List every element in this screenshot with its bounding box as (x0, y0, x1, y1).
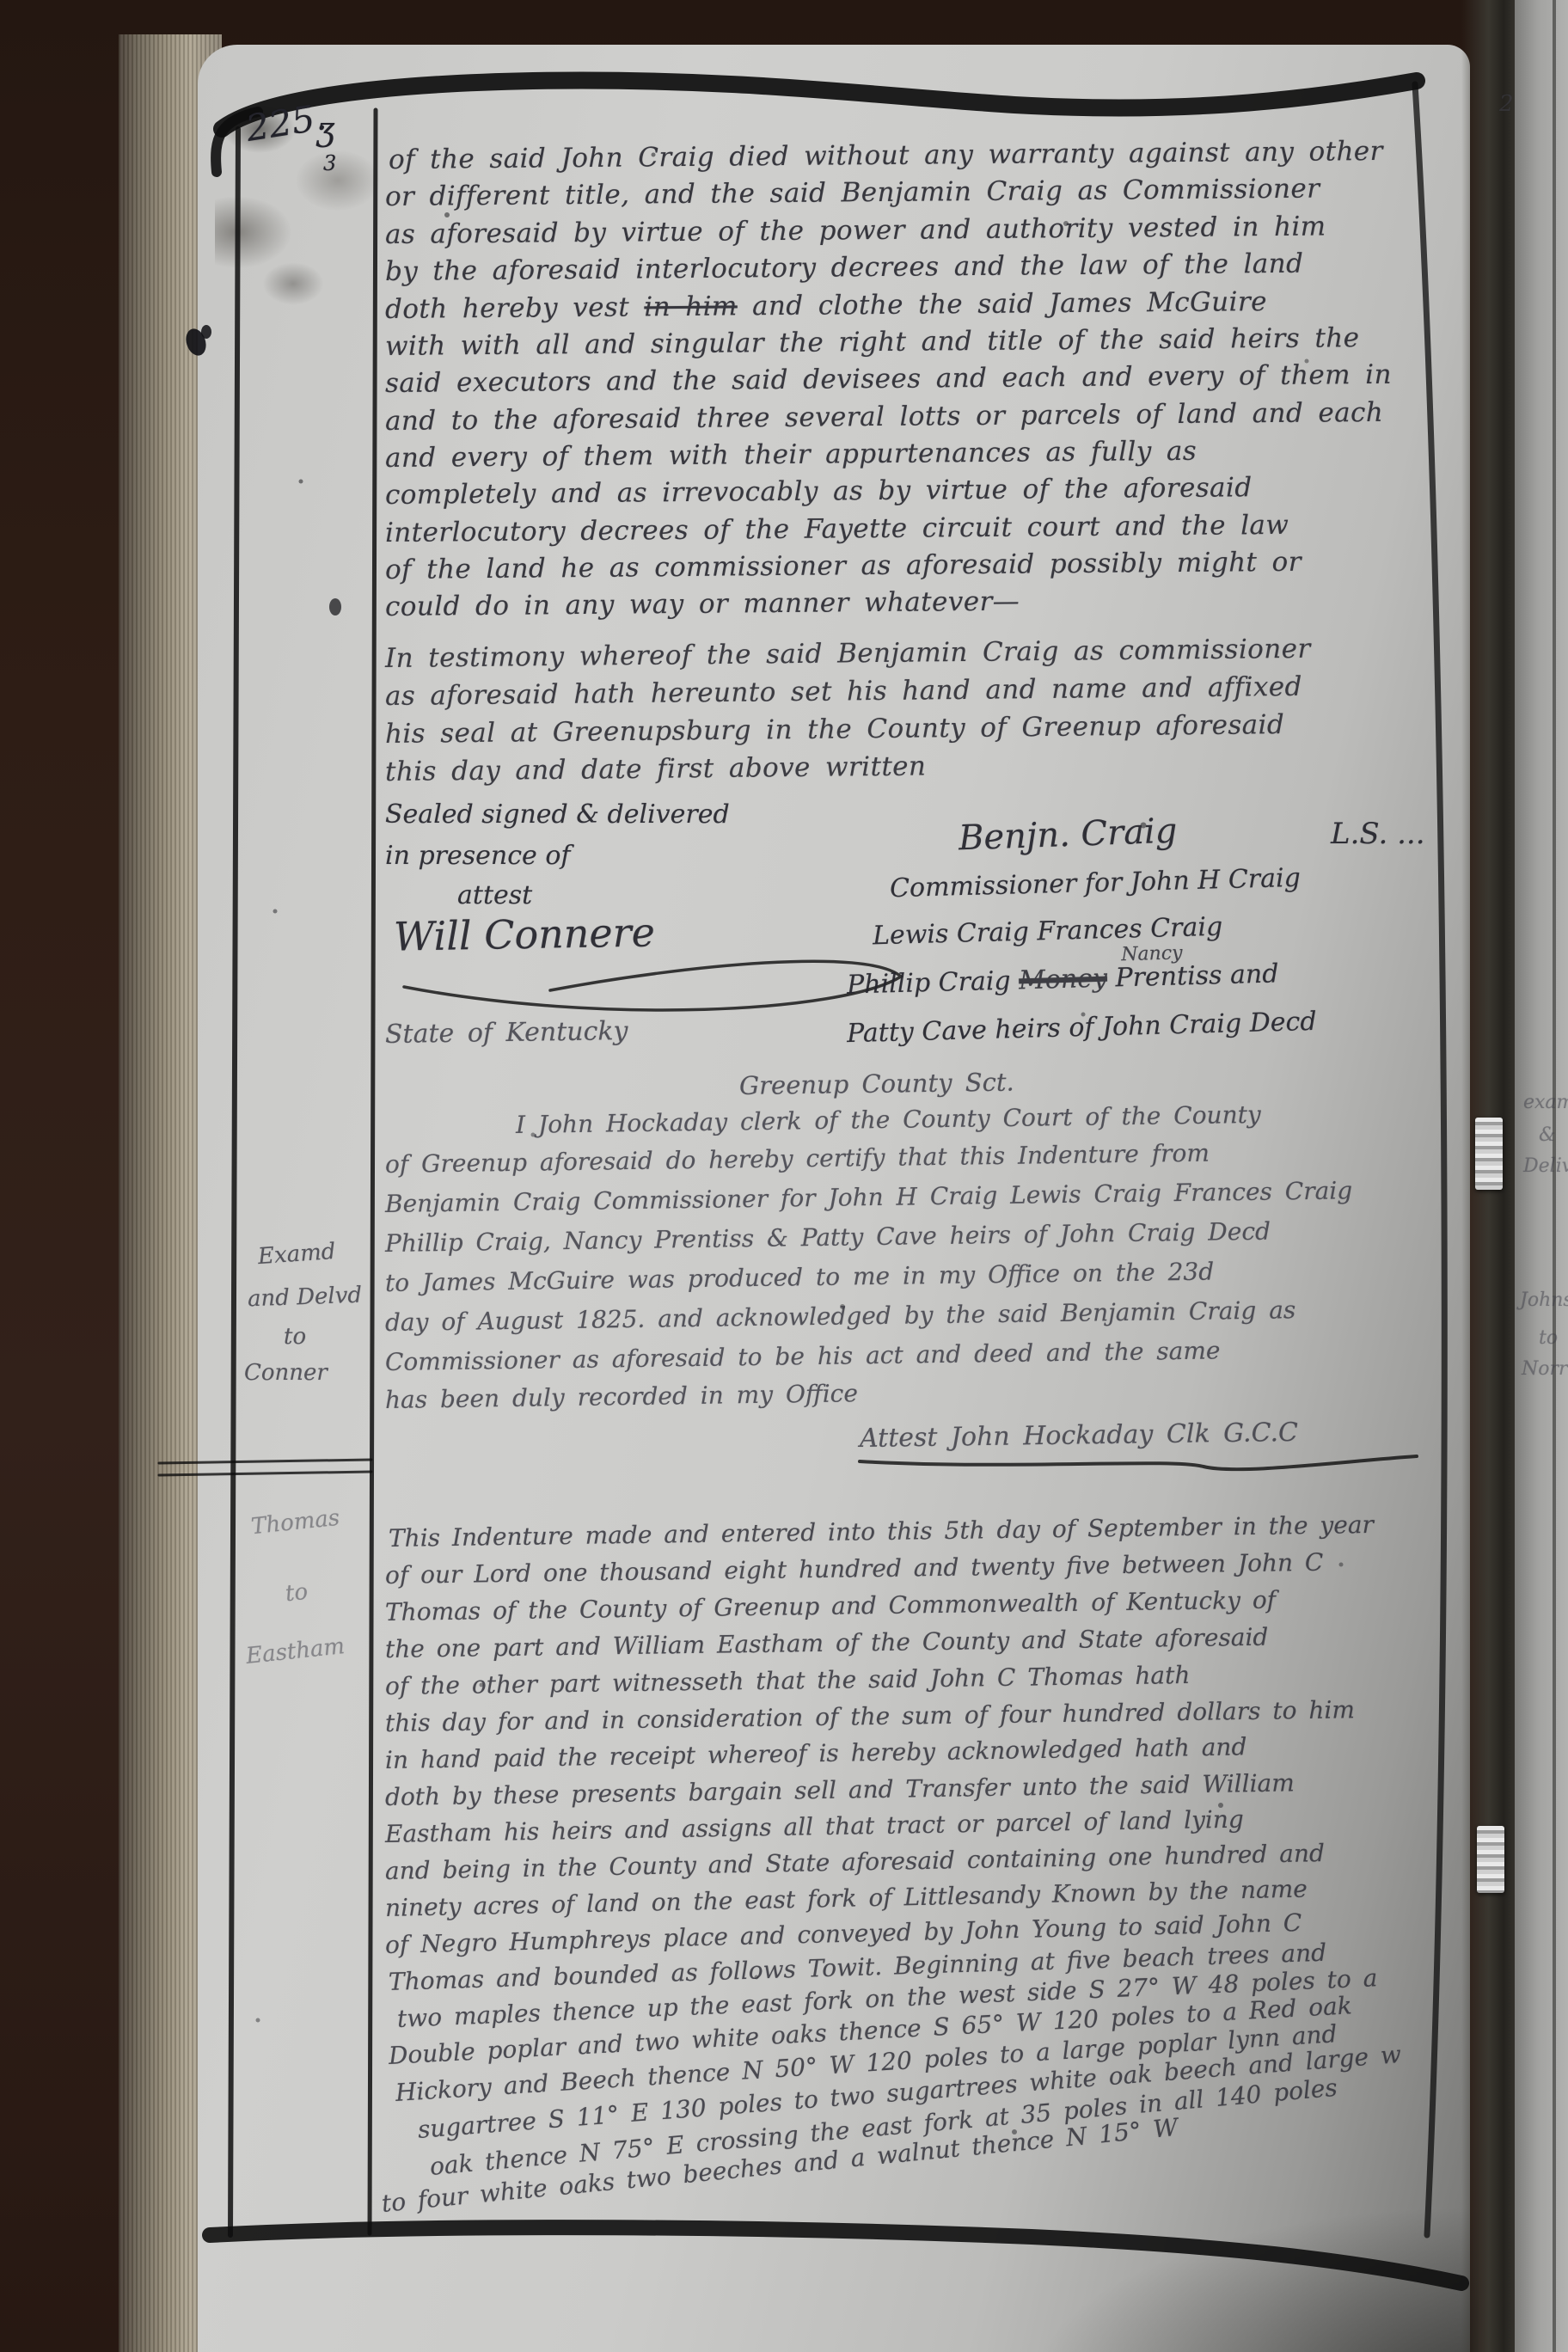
margin-note-examd: Examd (257, 1239, 336, 1270)
deed2-line: Thomas of the County of Greenup and Comm… (385, 1586, 1277, 1626)
heirs2-struck-word: Money (1019, 964, 1108, 996)
cert-line: has been duly recorded in my Office (385, 1379, 858, 1414)
deed1-line: by the aforesaid interlocutory decrees a… (385, 248, 1304, 287)
cert-line: Commissioner as aforesaid to be his act … (385, 1336, 1221, 1376)
cert-state: State of Kentucky (385, 1016, 628, 1050)
vest-post: and clothe the said James McGuire (738, 286, 1267, 322)
deed2-line: of our Lord one thousand eight hundred a… (385, 1548, 1324, 1589)
deed1-line: or different title, and the said Benjami… (385, 174, 1320, 212)
deed1-line-vest: doth hereby vest in him and clothe the s… (385, 286, 1267, 325)
heirs2-pre: Phillip Craig (847, 965, 1020, 1000)
facing-page-number: 2 (1499, 91, 1514, 117)
deed1-line: said executors and the said devisees and… (385, 359, 1392, 399)
testimony-line: this day and date first above written (385, 750, 927, 787)
cert-line: Benjamin Craig Commissioner for John H C… (385, 1176, 1353, 1218)
testimony-line: his seal at Greenupsburg in the County o… (385, 709, 1284, 750)
page-number-mark-sub: 3 (323, 151, 336, 175)
margin-note-to-2: to (285, 1579, 309, 1608)
deed1-line: as aforesaid by virtue of the power and … (385, 211, 1326, 250)
facing-fragment: to (1539, 1327, 1558, 1349)
deed1-line: and to the aforesaid three several lotts… (385, 397, 1383, 437)
deed2-line: this day for and in consideration of the… (385, 1695, 1355, 1737)
deed1-line: completely and as irrevocably as by virt… (385, 472, 1253, 511)
cert-line: I John Hockaday clerk of the County Cour… (516, 1100, 1261, 1139)
seal-mark: L.S. ... (1331, 817, 1425, 851)
signature-benjamin-craig: Benjn. Craig (958, 812, 1178, 859)
deed2-line: Eastham his heirs and assigns all that t… (385, 1805, 1244, 1848)
deed1-line: could do in any way or manner whatever— (385, 586, 1020, 622)
margin-note-to: to (284, 1324, 306, 1350)
witness-presence: in presence of (385, 841, 570, 871)
deed2-line: in hand paid the receipt whereof is here… (385, 1732, 1247, 1774)
cert-line: of Greenup aforesaid do hereby certify t… (385, 1139, 1210, 1179)
cert-line: Phillip Craig, Nancy Prentiss & Patty Ca… (385, 1217, 1271, 1258)
margin-note-delvd: and Delvd (248, 1283, 363, 1313)
deed1-line: of the said John Craig died without any … (389, 136, 1383, 175)
deed2-line: of the other part witnesseth that the sa… (385, 1661, 1191, 1700)
deed1-line: and every of them with their appurtenanc… (385, 436, 1197, 474)
vest-pre: doth hereby vest (385, 291, 645, 325)
cert-line: to James McGuire was produced to me in m… (385, 1258, 1215, 1297)
heirs2-inserted-nancy: Nancy (1121, 942, 1183, 965)
signature-commissioner-line: Commissioner for John H Craig (890, 863, 1302, 903)
signature-heirs-line2: Phillip Craig MoneyNancy Prentiss and (847, 959, 1279, 1000)
cert-county: Greenup County Sct. (739, 1068, 1014, 1100)
margin-note-conner: Conner (244, 1360, 328, 1386)
page-number-mark: ʒ (316, 110, 334, 148)
deed2-line: the one part and William Eastham of the … (385, 1623, 1269, 1663)
testimony-line: as aforesaid hath hereunto set his hand … (385, 671, 1302, 712)
facing-fragment: Norris (1522, 1358, 1568, 1380)
facing-fragment: exam (1523, 1092, 1568, 1113)
deed1-line: interlocutory decrees of the Fayette cir… (385, 510, 1289, 548)
witness-attest: attest (457, 880, 532, 910)
cert-attest: Attest John Hockaday Clk G.C.C (860, 1418, 1298, 1454)
margin-note-eastham: Eastham (245, 1633, 346, 1669)
signature-heirs-line3: Patty Cave heirs of John Craig Decd (847, 1007, 1317, 1049)
deed2-line: This Indenture made and entered into thi… (389, 1510, 1374, 1553)
margin-note-thomas: Thomas (250, 1505, 341, 1540)
facing-fragment: Johnson (1520, 1289, 1568, 1311)
facing-fragment: & (1539, 1124, 1556, 1146)
deed1-line: with with all and singular the right and… (385, 322, 1360, 362)
testimony-line: In testimony whereof the said Benjamin C… (385, 634, 1311, 674)
deed1-line: of the land he as commissioner as afores… (385, 547, 1302, 585)
witness-signature: Will Connere (394, 909, 656, 959)
vest-struck-word: in him (644, 291, 738, 322)
deed2-line: doth by these presents bargain sell and … (385, 1768, 1295, 1811)
witness-sealed: Sealed signed & delivered (385, 799, 730, 830)
facing-fragment: Deliv (1523, 1155, 1568, 1177)
deed-book-photo: { "colors": { "paper": "#cbcbc9", "ink":… (0, 0, 1568, 2352)
cert-line: day of August 1825. and acknowledged by … (385, 1295, 1296, 1337)
